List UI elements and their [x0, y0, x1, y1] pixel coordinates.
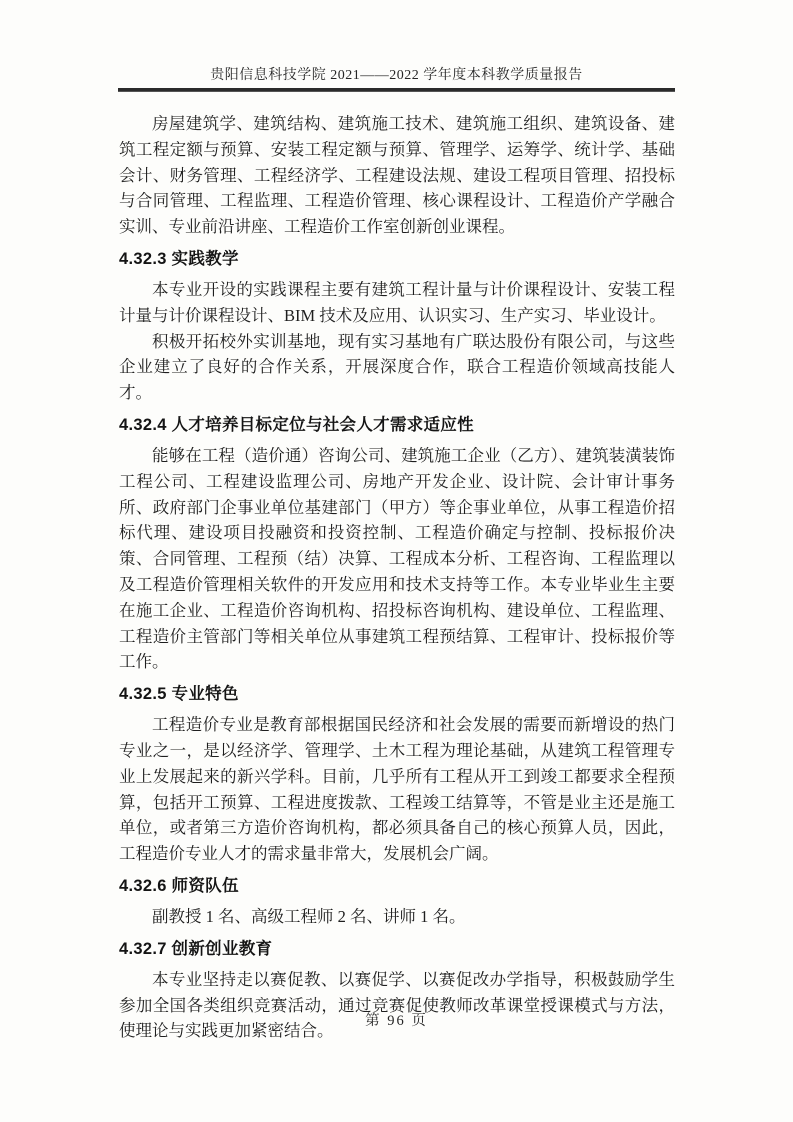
document-body: 房屋建筑学、建筑结构、建筑施工技术、建筑施工组织、建筑设备、建筑工程定额与预算、…	[119, 111, 675, 1044]
running-header-title: 贵阳信息科技学院 2021——2022 学年度本科教学质量报告	[0, 64, 793, 84]
paragraph-practice-courses: 本专业开设的实践课程主要有建筑工程计量与计价课程设计、安装工程计量与计价课程设计…	[119, 277, 675, 329]
paragraph-innovation-education: 本专业坚持走以赛促教、以赛促学、以赛促改办学指导，积极鼓励学生参加全国各类组织竞…	[119, 967, 675, 1044]
paragraph-faculty: 副教授 1 名、高级工程师 2 名、讲师 1 名。	[119, 904, 675, 930]
paragraph-career-positioning: 能够在工程（造价通）咨询公司、建筑施工企业（乙方）、建筑装潢装饰工程公司、工程建…	[119, 443, 675, 675]
paragraph-major-features: 工程造价专业是教育部根据国民经济和社会发展的需要而新增设的热门专业之一，是以经济…	[119, 712, 675, 867]
section-heading-4-32-7: 4.32.7 创新创业教育	[119, 937, 675, 961]
page-number: 第 96 页	[0, 1009, 793, 1030]
section-heading-4-32-5: 4.32.5 专业特色	[119, 682, 675, 706]
section-heading-4-32-3: 4.32.3 实践教学	[119, 247, 675, 271]
paragraph-training-bases: 积极开拓校外实训基地，现有实习基地有广联达股份有限公司，与这些企业建立了良好的合…	[119, 329, 675, 406]
paragraph-course-list: 房屋建筑学、建筑结构、建筑施工技术、建筑施工组织、建筑设备、建筑工程定额与预算、…	[119, 111, 675, 240]
section-heading-4-32-4: 4.32.4 人才培养目标定位与社会人才需求适应性	[119, 413, 675, 437]
header-rule	[118, 88, 675, 92]
document-page: 贵阳信息科技学院 2021——2022 学年度本科教学质量报告 房屋建筑学、建筑…	[0, 0, 793, 1122]
section-heading-4-32-6: 4.32.6 师资队伍	[119, 874, 675, 898]
